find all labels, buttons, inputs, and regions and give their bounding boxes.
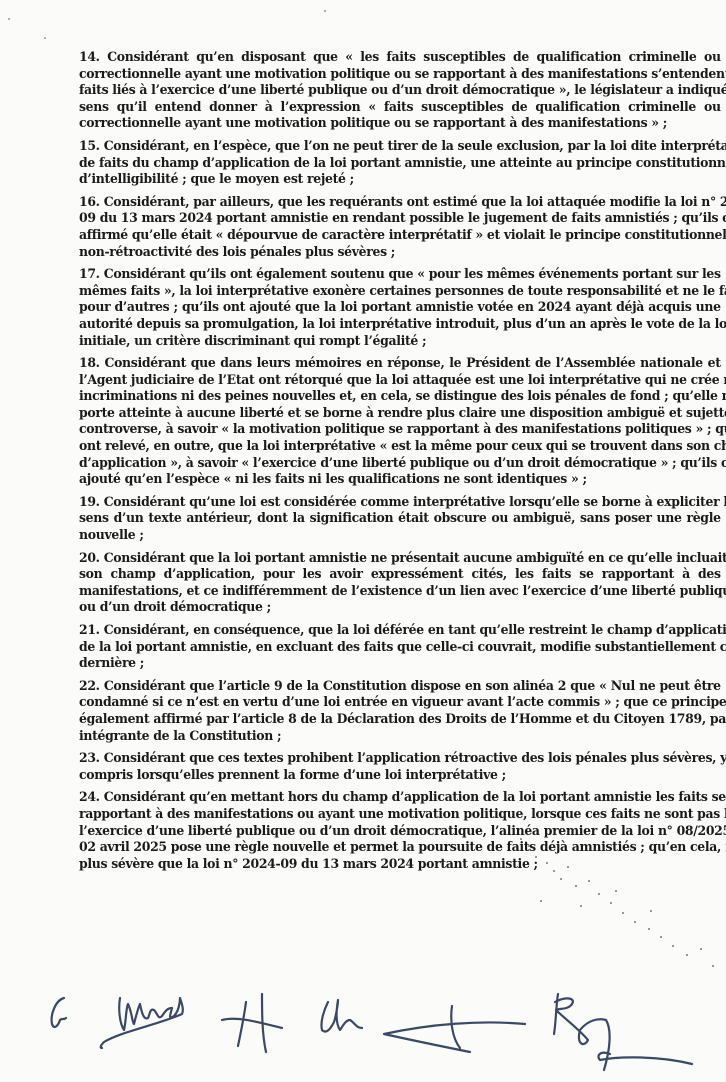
text-line: ou d’un droit démocratique ;: [79, 599, 721, 616]
signature-1: [52, 998, 66, 1027]
text-line: 17. Considérant qu’ils ont également sou…: [79, 266, 721, 283]
text-line: 16. Considérant, par ailleurs, que les r…: [79, 194, 721, 211]
paragraph-23: 23. Considérant que ces textes prohibent…: [79, 750, 721, 783]
text-line: ont relevé, en outre, que la loi interpr…: [79, 438, 721, 455]
text-line: pour d’autres ; qu’ils ont ajouté que la…: [79, 299, 721, 316]
document-body: 14. Considérant qu’en disposant que « le…: [79, 49, 721, 878]
text-line: d’intelligibilité ; que le moyen est rej…: [79, 171, 721, 188]
text-line: intégrante de la Constitution ;: [79, 728, 721, 745]
text-line: nouvelle ;: [79, 527, 721, 544]
text-line: plus sévère que la loi n° 2024-09 du 13 …: [79, 856, 721, 873]
text-line: sens qu’il entend donner à l’expression …: [79, 99, 721, 116]
text-line: 14. Considérant qu’en disposant que « le…: [79, 49, 721, 66]
paragraph-19: 19. Considérant qu’une loi est considéré…: [79, 494, 721, 544]
text-line: dernière ;: [79, 655, 721, 672]
text-line: ajouté qu’en l’espèce « ni les faits ni …: [79, 471, 721, 488]
text-line: correctionnelle ayant une motivation pol…: [79, 115, 721, 132]
text-line: 21. Considérant, en conséquence, que la …: [79, 622, 721, 639]
paragraph-16: 16. Considérant, par ailleurs, que les r…: [79, 194, 721, 260]
paragraph-20: 20. Considérant que la loi portant amnis…: [79, 550, 721, 616]
text-line: de la loi portant amnistie, en excluant …: [79, 639, 721, 656]
text-line: 02 avril 2025 pose une règle nouvelle et…: [79, 839, 721, 856]
text-line: l’Agent judiciaire de l’Etat ont rétorqu…: [79, 372, 721, 389]
paragraph-21: 21. Considérant, en conséquence, que la …: [79, 622, 721, 672]
signature-5: [554, 994, 692, 1070]
text-line: d’application », à savoir « l’exercice d…: [79, 455, 721, 472]
paragraph-22: 22. Considérant que l’article 9 de la Co…: [79, 678, 721, 744]
text-line: 20. Considérant que la loi portant amnis…: [79, 550, 721, 567]
text-line: autorité depuis sa promulgation, la loi …: [79, 316, 721, 333]
signatures-area: [0, 990, 726, 1082]
text-line: 09 du 13 mars 2024 portant amnistie en r…: [79, 210, 721, 227]
text-line: controverse, à savoir « la motivation po…: [79, 421, 721, 438]
text-line: 22. Considérant que l’article 9 de la Co…: [79, 678, 721, 695]
signature-4: [321, 1000, 525, 1052]
paragraph-24: 24. Considérant qu’en mettant hors du ch…: [79, 789, 721, 872]
paragraph-17: 17. Considérant qu’ils ont également sou…: [79, 266, 721, 349]
text-line: porte atteinte à aucune liberté et se bo…: [79, 405, 721, 422]
text-line: rapportant à des manifestations ou ayant…: [79, 806, 721, 823]
text-line: 24. Considérant qu’en mettant hors du ch…: [79, 789, 721, 806]
text-line: manifestations, et ce indifféremment de …: [79, 583, 721, 600]
text-line: compris lorsqu’elles prennent la forme d…: [79, 767, 721, 784]
text-line: condamné si ce n’est en vertu d’une loi …: [79, 694, 721, 711]
text-line: 18. Considérant que dans leurs mémoires …: [79, 355, 721, 372]
text-line: initiale, un critère discriminant qui ro…: [79, 333, 721, 350]
text-line: l’exercice d’une liberté publique ou d’u…: [79, 823, 721, 840]
signature-strokes: [0, 990, 726, 1082]
scanned-document-page: 14. Considérant qu’en disposant que « le…: [0, 0, 726, 1082]
signature-2: [101, 998, 183, 1048]
text-line: affirmé qu’elle était « dépourvue de car…: [79, 227, 721, 244]
text-line: correctionnelle ayant une motivation pol…: [79, 66, 721, 83]
text-line: non-rétroactivité des lois pénales plus …: [79, 244, 721, 261]
paragraph-15: 15. Considérant, en l’espèce, que l’on n…: [79, 138, 721, 188]
text-line: faits liés à l’exercice d’une liberté pu…: [79, 82, 721, 99]
text-line: de faits du champ d’application de la lo…: [79, 155, 721, 172]
paragraph-14: 14. Considérant qu’en disposant que « le…: [79, 49, 721, 132]
text-line: incriminations ni des peines nouvelles e…: [79, 388, 721, 405]
text-line: 23. Considérant que ces textes prohibent…: [79, 750, 721, 767]
text-line: mêmes faits », la loi interprétative exo…: [79, 283, 721, 300]
signature-3: [222, 994, 282, 1052]
text-line: également affirmé par l’article 8 de la …: [79, 711, 721, 728]
text-line: son champ d’application, pour les avoir …: [79, 566, 721, 583]
paragraph-18: 18. Considérant que dans leurs mémoires …: [79, 355, 721, 488]
text-line: 15. Considérant, en l’espèce, que l’on n…: [79, 138, 721, 155]
text-line: 19. Considérant qu’une loi est considéré…: [79, 494, 721, 511]
text-line: sens d’un texte antérieur, dont la signi…: [79, 510, 721, 527]
